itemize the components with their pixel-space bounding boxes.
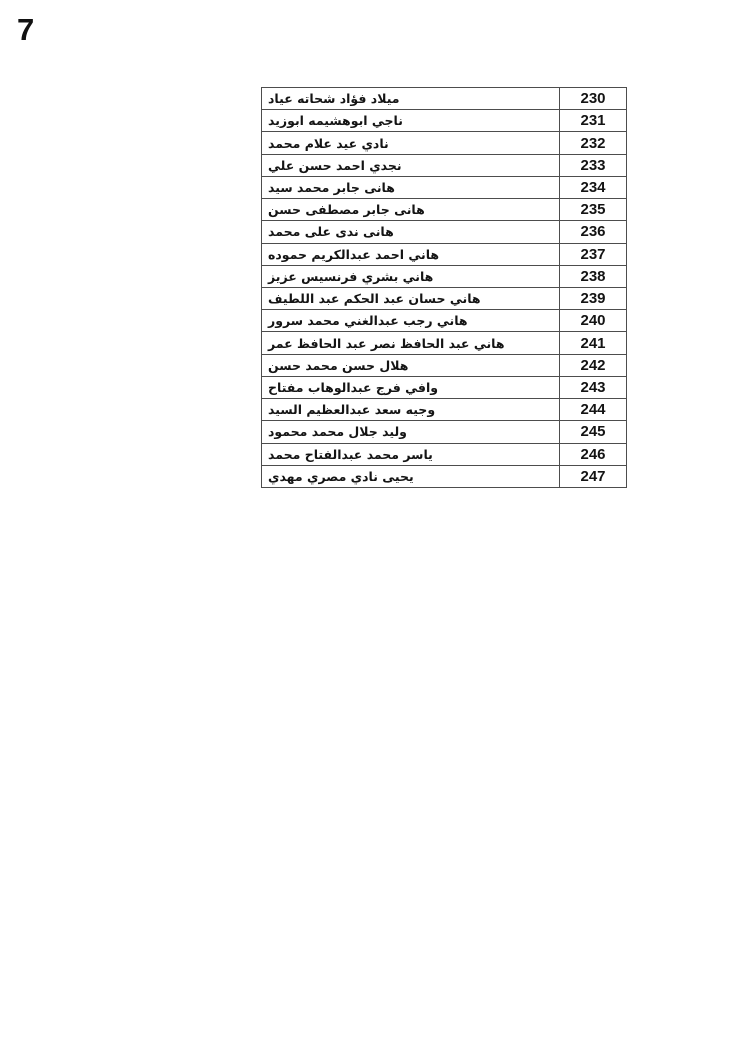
name-cell: ناجي ابوهشيمه ابوزيد: [262, 110, 559, 131]
name-cell: هاني حسان عبد الحكم عبد اللطيف: [262, 288, 559, 309]
number-cell: 241: [559, 332, 626, 353]
number-cell: 233: [559, 155, 626, 176]
number-cell: 246: [559, 444, 626, 465]
name-cell: هانى جابر مصطفى حسن: [262, 199, 559, 220]
name-cell: ياسر محمد عبدالفتاح محمد: [262, 444, 559, 465]
name-cell: وليد جلال محمد محمود: [262, 421, 559, 442]
table-row: ميلاد فؤاد شحاته عياد 230: [262, 88, 626, 110]
name-cell: هانى جابر محمد سيد: [262, 177, 559, 198]
number-cell: 230: [559, 88, 626, 109]
page-number: 7: [17, 12, 34, 48]
table-row: نادي عيد علام محمد 232: [262, 132, 626, 154]
name-cell: نجدي احمد حسن علي: [262, 155, 559, 176]
table-row: هانى جابر محمد سيد 234: [262, 177, 626, 199]
table-row: هانى جابر مصطفى حسن 235: [262, 199, 626, 221]
name-cell: يحيى نادي مصري مهدي: [262, 466, 559, 487]
name-cell: هاني رجب عبدالغني محمد سرور: [262, 310, 559, 331]
name-cell: وجيه سعد عبدالعظيم السيد: [262, 399, 559, 420]
name-cell: نادي عيد علام محمد: [262, 132, 559, 153]
name-cell: هاني احمد عبدالكريم حموده: [262, 244, 559, 265]
table-row: وافي فرج عبدالوهاب مفتاح 243: [262, 377, 626, 399]
number-cell: 242: [559, 355, 626, 376]
number-cell: 236: [559, 221, 626, 242]
number-cell: 247: [559, 466, 626, 487]
name-cell: وافي فرج عبدالوهاب مفتاح: [262, 377, 559, 398]
name-cell: ميلاد فؤاد شحاته عياد: [262, 88, 559, 109]
number-cell: 244: [559, 399, 626, 420]
table-row: هاني عبد الحافظ نصر عبد الحافظ عمر 241: [262, 332, 626, 354]
table-row: هاني رجب عبدالغني محمد سرور 240: [262, 310, 626, 332]
name-cell: هلال حسن محمد حسن: [262, 355, 559, 376]
table-row: هاني بشري فرنسيس عزيز 238: [262, 266, 626, 288]
name-cell: هاني عبد الحافظ نصر عبد الحافظ عمر: [262, 332, 559, 353]
number-cell: 240: [559, 310, 626, 331]
table-row: وجيه سعد عبدالعظيم السيد 244: [262, 399, 626, 421]
name-cell: هاني بشري فرنسيس عزيز: [262, 266, 559, 287]
names-table: ميلاد فؤاد شحاته عياد 230 ناجي ابوهشيمه …: [261, 87, 627, 488]
document-page: 7 ميلاد فؤاد شحاته عياد 230 ناجي ابوهشيم…: [0, 0, 740, 1047]
number-cell: 238: [559, 266, 626, 287]
number-cell: 232: [559, 132, 626, 153]
table-row: هاني حسان عبد الحكم عبد اللطيف 239: [262, 288, 626, 310]
number-cell: 231: [559, 110, 626, 131]
table-row: هانى ندى على محمد 236: [262, 221, 626, 243]
number-cell: 234: [559, 177, 626, 198]
table-row: ناجي ابوهشيمه ابوزيد 231: [262, 110, 626, 132]
name-cell: هانى ندى على محمد: [262, 221, 559, 242]
table-row: وليد جلال محمد محمود 245: [262, 421, 626, 443]
table-row: نجدي احمد حسن علي 233: [262, 155, 626, 177]
number-cell: 235: [559, 199, 626, 220]
table-row: يحيى نادي مصري مهدي 247: [262, 466, 626, 487]
number-cell: 237: [559, 244, 626, 265]
number-cell: 243: [559, 377, 626, 398]
table-row: هلال حسن محمد حسن 242: [262, 355, 626, 377]
number-cell: 245: [559, 421, 626, 442]
table-row: ياسر محمد عبدالفتاح محمد 246: [262, 444, 626, 466]
table-row: هاني احمد عبدالكريم حموده 237: [262, 244, 626, 266]
number-cell: 239: [559, 288, 626, 309]
